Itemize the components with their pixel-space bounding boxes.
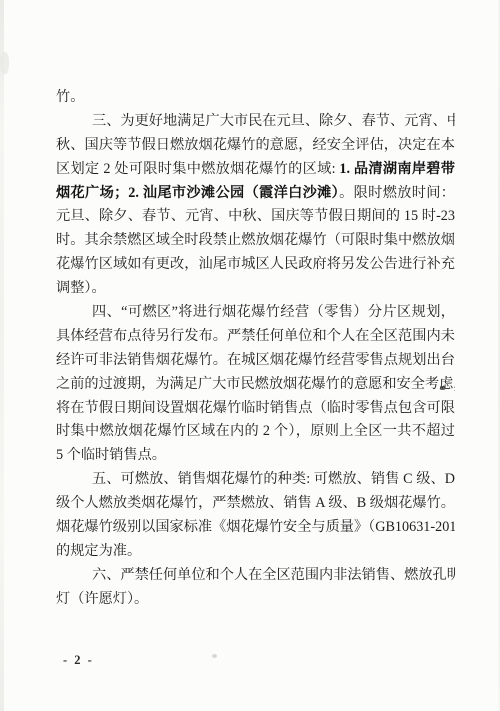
text-line: 级个人燃放类烟花爆竹，严禁燃放、销售 A 级、B 级烟花爆竹。 — [56, 492, 455, 516]
text-line: 将在节假日期间设置烟花爆竹临时销售点（临时零售点包含可限 — [56, 397, 455, 421]
text-run-bold: 烟花广场；2. 汕尾市沙滩公园（霞洋白沙滩） — [56, 185, 339, 201]
text-run: 时。其余禁燃区域全时段禁止燃放烟花爆竹（可限时集中燃放烟 — [56, 232, 455, 248]
document-page: 竹。三、为更好地满足广大市民在元旦、除夕、春节、元宵、中秋、国庆等节假日燃放烟花… — [0, 0, 500, 711]
text-line: 花爆竹区域如有更改，汕尾市城区人民政府将另发公告进行补充 — [56, 253, 455, 277]
text-line: 调整）。 — [56, 277, 455, 301]
text-run: 灯（许愿灯）。 — [56, 591, 148, 607]
text-run: 竹。 — [56, 89, 84, 105]
text-run: 之前的过渡期，为满足广大市民燃放烟花爆竹的意愿和安全考虑， — [56, 376, 455, 392]
text-line: 经许可非法销售烟花爆竹。在城区烟花爆竹经营零售点规划出台 — [56, 349, 455, 373]
text-run: 将在节假日期间设置烟花爆竹临时销售点（临时零售点包含可限 — [56, 400, 455, 416]
text-run: 三、为更好地满足广大市民在元旦、除夕、春节、元宵、中 — [92, 113, 455, 129]
text-run-bold: 1. 品清湖南岸碧带 — [339, 161, 455, 177]
text-line: 竹。 — [56, 86, 455, 110]
text-line: 具体经营布点待另行发布。严禁任何单位和个人在全区范围内未 — [56, 325, 455, 349]
text-run: 烟花爆竹级别以国家标准《烟花爆竹安全与质量》（GB10631-2013） — [56, 519, 455, 535]
text-run: 区划定 2 处可限时集中燃放烟花爆竹的区域: — [56, 161, 339, 177]
scan-artifact-smudge — [0, 52, 9, 74]
text-line: 灯（许愿灯）。 — [56, 588, 455, 612]
text-line: 三、为更好地满足广大市民在元旦、除夕、春节、元宵、中 — [56, 110, 455, 134]
scan-artifact-left-edge — [0, 0, 4, 711]
text-run: 具体经营布点待另行发布。严禁任何单位和个人在全区范围内未 — [56, 328, 455, 344]
text-run: 经许可非法销售烟花爆竹。在城区烟花爆竹经营零售点规划出台 — [56, 352, 455, 368]
text-line: 四、“可燃区”将进行烟花爆竹经营（零售）分片区规划， — [56, 301, 455, 325]
text-run: 秋、国庆等节假日燃放烟花爆竹的意愿，经安全评估，决定在本 — [56, 137, 455, 153]
text-run: 五、可燃放、销售烟花爆竹的种类: 可燃放、销售 C 级、D — [92, 471, 455, 487]
text-line: 区划定 2 处可限时集中燃放烟花爆竹的区域: 1. 品清湖南岸碧带 — [56, 158, 455, 182]
document-body-text: 竹。三、为更好地满足广大市民在元旦、除夕、春节、元宵、中秋、国庆等节假日燃放烟花… — [56, 86, 455, 612]
text-run: 。限时燃放时间： — [339, 185, 455, 201]
text-line: 五、可燃放、销售烟花爆竹的种类: 可燃放、销售 C 级、D — [56, 468, 455, 492]
text-run: 的规定为准。 — [56, 543, 141, 559]
text-line: 六、严禁任何单位和个人在全区范围内非法销售、燃放孔明 — [56, 564, 455, 588]
text-line: 元旦、除夕、春节、元宵、中秋、国庆等节假日期间的 15 时-23 — [56, 205, 455, 229]
text-line: 的规定为准。 — [56, 540, 455, 564]
text-line: 烟花广场；2. 汕尾市沙滩公园（霞洋白沙滩）。限时燃放时间： — [56, 182, 455, 206]
text-run: 时集中燃放烟花爆竹区域在内的 2 个），原则上全区一共不超过 — [56, 423, 455, 439]
text-run: 四、“可燃区”将进行烟花爆竹经营（零售）分片区规划， — [92, 304, 455, 320]
page-number: - 2 - — [63, 653, 94, 668]
text-run: 5 个临时销售点。 — [56, 447, 166, 463]
text-line: 烟花爆竹级别以国家标准《烟花爆竹安全与质量》（GB10631-2013） — [56, 516, 455, 540]
text-run: 级个人燃放类烟花爆竹，严禁燃放、销售 A 级、B 级烟花爆竹。 — [56, 495, 455, 511]
text-line: 秋、国庆等节假日燃放烟花爆竹的意愿，经安全评估，决定在本 — [56, 134, 455, 158]
text-line: 时集中燃放烟花爆竹区域在内的 2 个），原则上全区一共不超过 — [56, 420, 455, 444]
text-run: 调整）。 — [56, 280, 106, 296]
text-line: 之前的过渡期，为满足广大市民燃放烟花爆竹的意愿和安全考虑， — [56, 373, 455, 397]
text-run: 花爆竹区域如有更改，汕尾市城区人民政府将另发公告进行补充 — [56, 256, 455, 272]
text-run: 六、严禁任何单位和个人在全区范围内非法销售、燃放孔明 — [92, 567, 455, 583]
scan-artifact-speck — [212, 654, 217, 658]
text-line: 5 个临时销售点。 — [56, 444, 455, 468]
text-line: 时。其余禁燃区域全时段禁止燃放烟花爆竹（可限时集中燃放烟 — [56, 229, 455, 253]
text-run: 元旦、除夕、春节、元宵、中秋、国庆等节假日期间的 15 时-23 — [56, 208, 455, 224]
